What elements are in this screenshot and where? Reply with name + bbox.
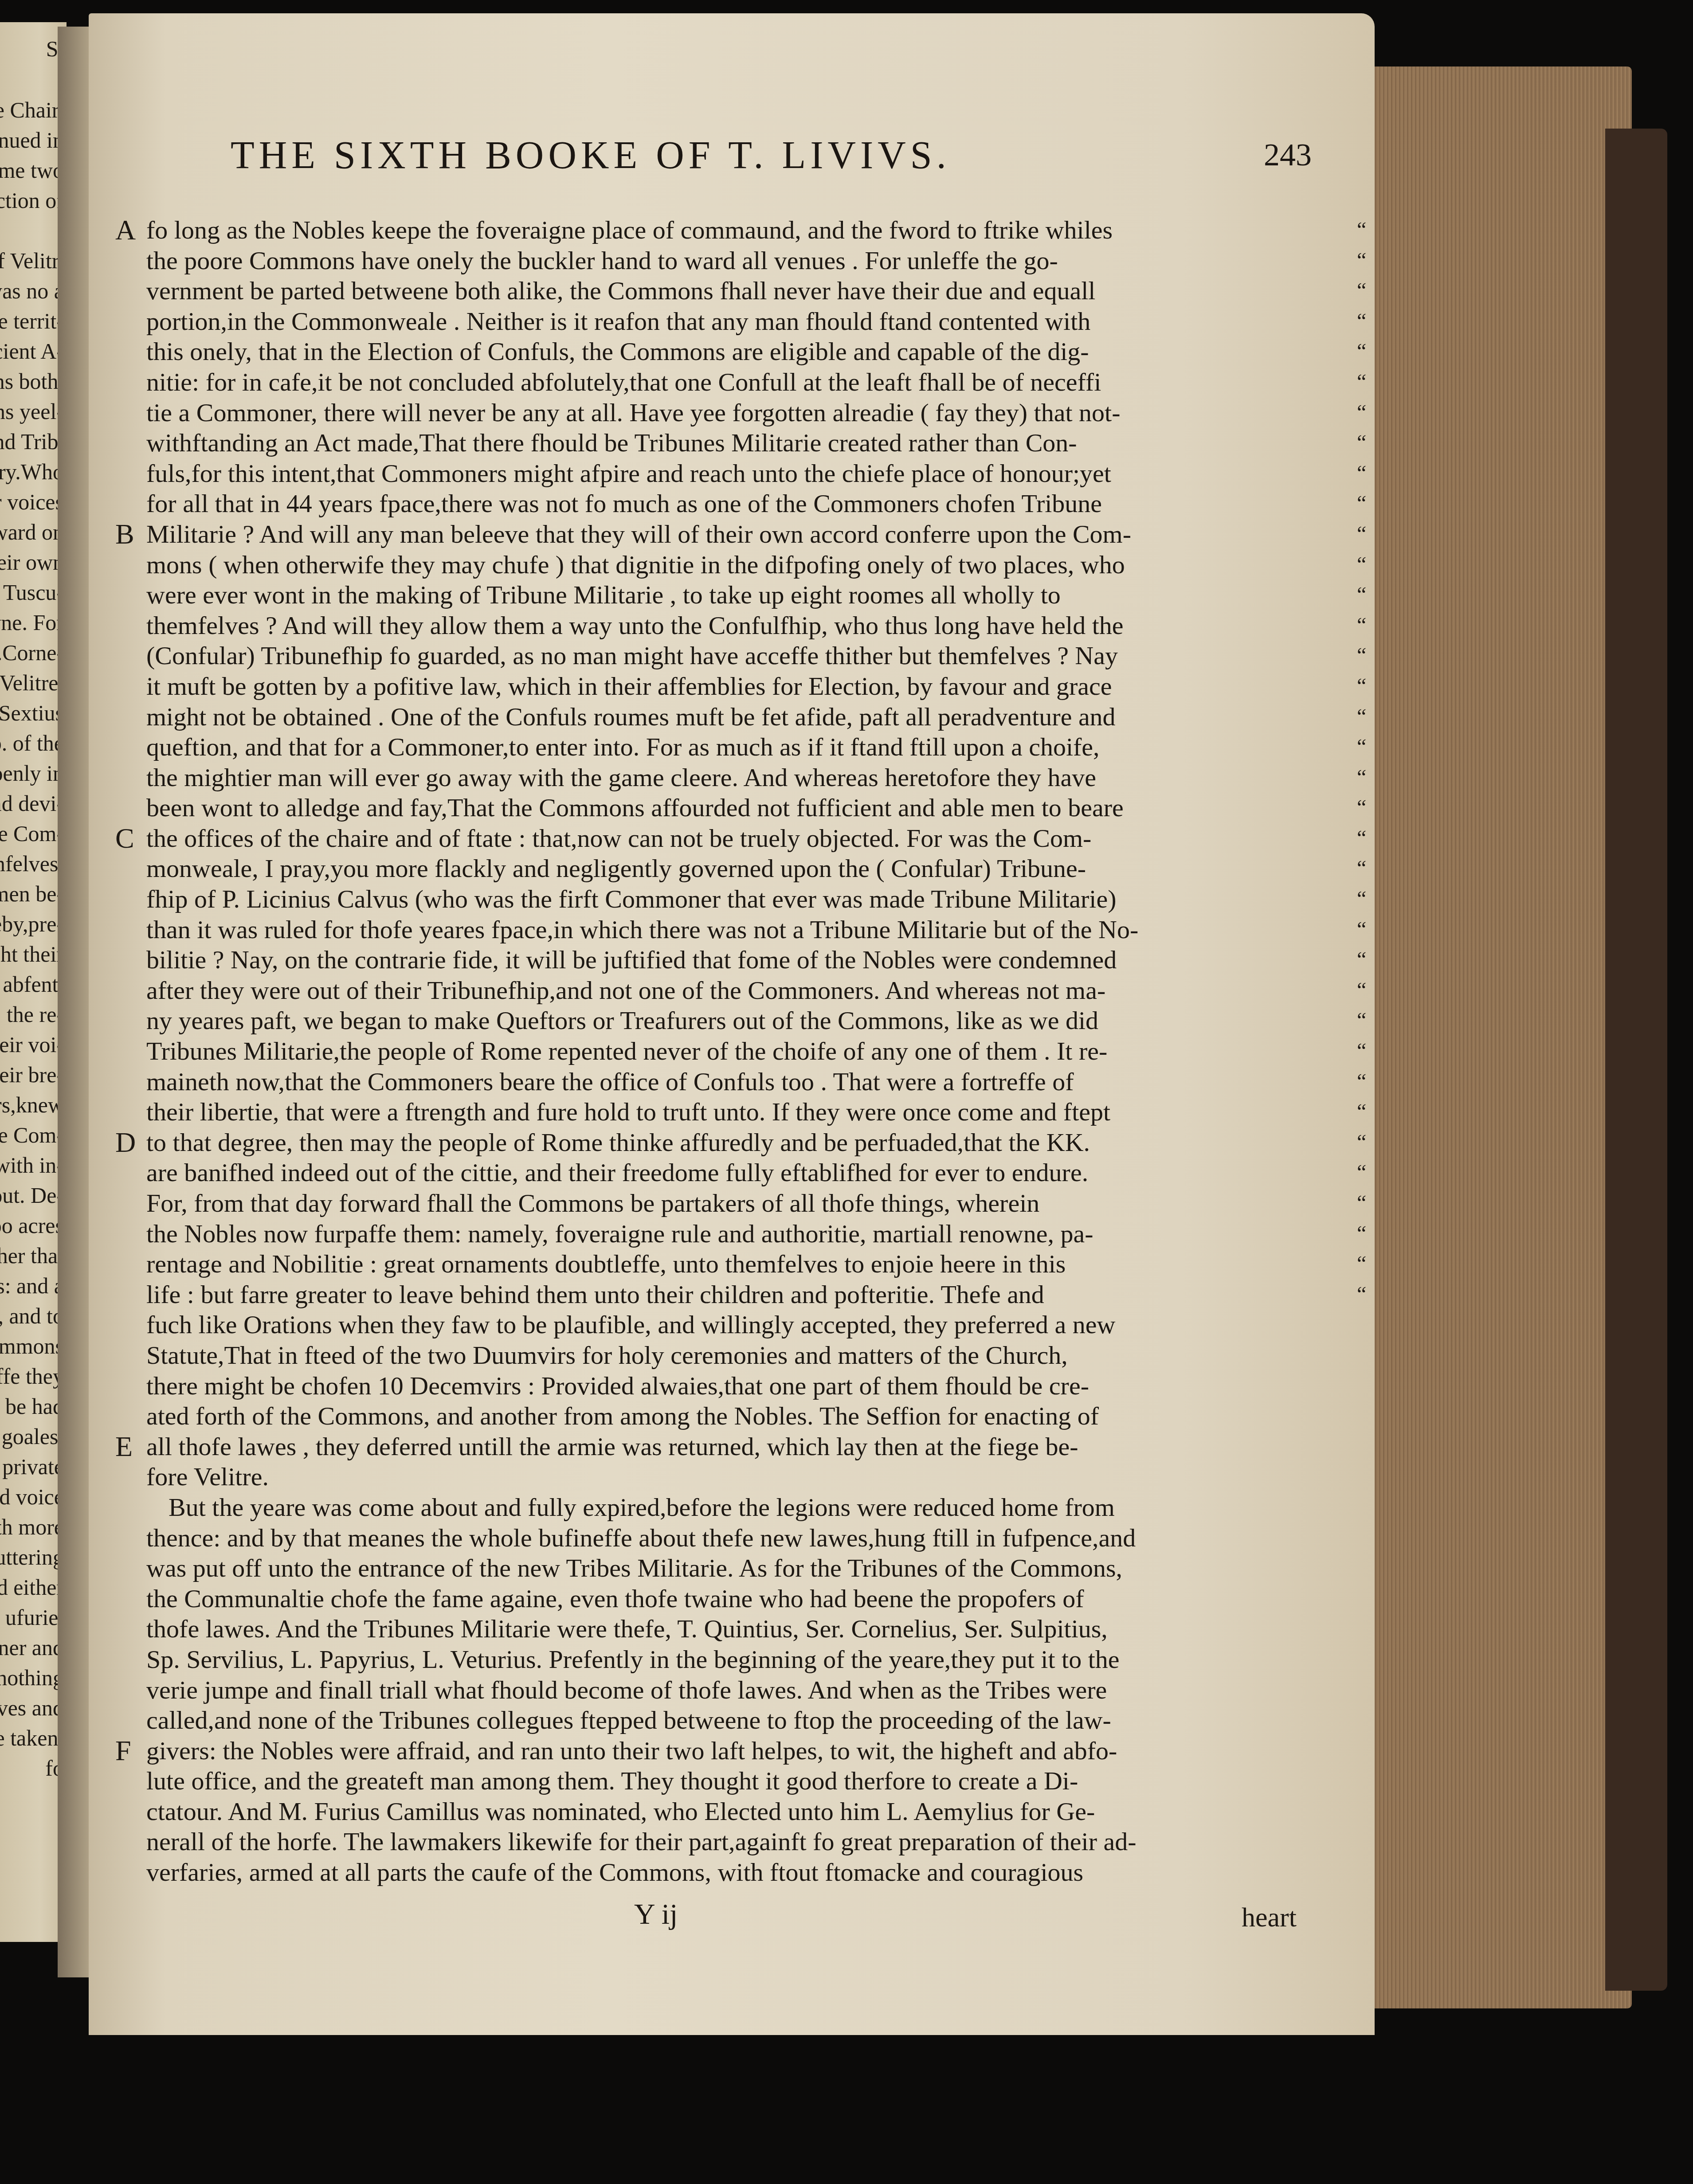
line-text: withftanding an Act made,That there fhou… [146, 428, 1077, 458]
quotation-mark: “ [1357, 580, 1366, 611]
line-text: themfelves ? And will they allow them a … [146, 611, 1124, 641]
text-line: after they were out of their Tribunefhip… [120, 975, 1352, 1006]
quotation-mark: “ [1357, 763, 1366, 793]
text-line: fuch like Orations when they faw to be p… [120, 1310, 1352, 1340]
left-page-fragment: S.of the Chair,e continued inthe fame tw… [0, 22, 67, 1942]
line-text: verie jumpe and finall triall what fhoul… [146, 1675, 1107, 1706]
line-text: to that degree, then may the people of R… [146, 1127, 1090, 1158]
text-line: nitie: for in cafe,it be not concluded a… [120, 367, 1352, 398]
line-text: (Confular) Tribunefhip fo guarded, as no… [146, 641, 1118, 671]
text-line: For, from that day forward fhall the Com… [120, 1188, 1352, 1219]
quotation-mark: “ [1357, 823, 1366, 854]
text-line: than it was ruled for thofe yeares fpace… [120, 915, 1352, 945]
line-text: were ever wont in the making of Tribune … [146, 580, 1061, 611]
line-text: rentage and Nobilitie : great ornaments … [146, 1249, 1066, 1280]
quotation-mark: “ [1357, 1249, 1366, 1280]
margin-letter: A [115, 215, 136, 246]
text-line: life : but farre greater to leave behind… [120, 1280, 1352, 1310]
line-text: life : but farre greater to leave behind… [146, 1280, 1044, 1310]
line-text: was put off unto the entrance of the new… [146, 1553, 1122, 1584]
text-line: ated forth of the Commons, and another f… [120, 1401, 1352, 1432]
margin-letter: E [115, 1432, 133, 1462]
text-line: ny yeares paft, we began to make Queftor… [120, 1006, 1352, 1036]
margin-letter: B [115, 519, 134, 550]
line-text: ctatour. And M. Furius Camillus was nomi… [146, 1797, 1095, 1827]
text-line: were ever wont in the making of Tribune … [120, 580, 1352, 611]
quotation-mark: “ [1357, 853, 1366, 884]
line-text: nerall of the horfe. The lawmakers likew… [146, 1827, 1137, 1857]
line-text: givers: the Nobles were affraid, and ran… [146, 1736, 1117, 1766]
quotation-mark: “ [1357, 428, 1366, 458]
text-line: Sp. Servilius, L. Papyrius, L. Veturius.… [120, 1644, 1352, 1675]
text-line: the Communaltie chofe the fame againe, e… [120, 1584, 1352, 1614]
text-line: for all that in 44 years fpace,there was… [120, 489, 1352, 519]
line-text: nitie: for in cafe,it be not concluded a… [146, 367, 1101, 398]
line-text: thofe lawes. And the Tribunes Militarie … [146, 1614, 1108, 1644]
text-line: Cthe offices of the chaire and of ftate … [120, 823, 1352, 854]
margin-letter: D [115, 1127, 136, 1158]
line-text: fuch like Orations when they faw to be p… [146, 1310, 1115, 1340]
text-line: verie jumpe and finall triall what fhoul… [120, 1675, 1352, 1706]
line-text: all thofe lawes , they deferred untill t… [146, 1432, 1078, 1462]
running-head: THE SIXTH BOOKE OF T. LIVIVS. [231, 133, 951, 178]
line-text: tie a Commoner, there will never be any … [146, 398, 1121, 428]
quotation-mark: “ [1357, 1067, 1366, 1097]
text-line: Fgivers: the Nobles were affraid, and ra… [120, 1736, 1352, 1766]
line-text: are banifhed indeed out of the cittie, a… [146, 1158, 1088, 1188]
line-text: verfaries, armed at all parts the caufe … [146, 1857, 1083, 1888]
text-line: the poore Commons have onely the buckler… [120, 246, 1352, 276]
quotation-mark: “ [1357, 611, 1366, 641]
text-line: was put off unto the entrance of the new… [120, 1553, 1352, 1584]
text-line: BMilitarie ? And will any man beleeve th… [120, 519, 1352, 550]
quotation-mark: “ [1357, 671, 1366, 702]
text-line: mons ( when otherwife they may chufe ) t… [120, 550, 1352, 580]
quotation-mark: “ [1357, 1280, 1366, 1310]
quotation-mark: “ [1357, 1097, 1366, 1127]
text-line: lute office, and the greateft man among … [120, 1766, 1352, 1797]
text-line: tie a Commoner, there will never be any … [120, 398, 1352, 428]
quotation-mark: “ [1357, 793, 1366, 823]
left-page-line: ne Election of [0, 183, 64, 219]
line-text: been wont to alledge and fay,That the Co… [146, 793, 1124, 823]
page-number: 243 [1264, 137, 1312, 173]
text-line: fuls,for this intent,that Commoners migh… [120, 458, 1352, 489]
quotation-mark: “ [1357, 884, 1366, 915]
quotation-mark: “ [1357, 337, 1366, 367]
line-text: Militarie ? And will any man beleeve tha… [146, 519, 1131, 550]
line-text: Tribunes Militarie,the people of Rome re… [146, 1036, 1107, 1067]
quotation-mark: “ [1357, 945, 1366, 975]
text-line: the mightier man will ever go away with … [120, 763, 1352, 793]
quotation-mark: “ [1357, 732, 1366, 763]
text-line: Statute,That in fteed of the two Duumvir… [120, 1340, 1352, 1371]
line-text: the poore Commons have onely the buckler… [146, 246, 1058, 276]
quotation-mark: “ [1357, 1158, 1366, 1188]
quotation-mark: “ [1357, 1219, 1366, 1249]
text-line: there might be chofen 10 Decemvirs : Pro… [120, 1371, 1352, 1401]
margin-letter: F [115, 1736, 131, 1766]
text-line: But the yeare was come about and fully e… [120, 1492, 1352, 1523]
signature-mark: Y ij [634, 1898, 678, 1931]
body-text: Afo long as the Nobles keepe the foverai… [120, 215, 1352, 1888]
text-line: Eall thofe lawes , they deferred untill … [120, 1432, 1352, 1462]
quotation-mark: “ [1357, 641, 1366, 671]
quotation-mark: “ [1357, 489, 1366, 519]
text-line: ctatour. And M. Furius Camillus was nomi… [120, 1797, 1352, 1827]
line-text: bilitie ? Nay, on the contrarie fide, it… [146, 945, 1117, 975]
text-line: Dto that degree, then may the people of … [120, 1127, 1352, 1158]
line-text: queftion, and that for a Commoner,to ent… [146, 732, 1100, 763]
line-text: the Communaltie chofe the fame againe, e… [146, 1584, 1084, 1614]
line-text: than it was ruled for thofe yeares fpace… [146, 915, 1138, 945]
text-line: called,and none of the Tribunes collegue… [120, 1705, 1352, 1736]
quotation-mark: “ [1357, 215, 1366, 246]
margin-letter: C [115, 823, 134, 854]
line-text: for all that in 44 years fpace,there was… [146, 489, 1102, 519]
text-line: verfaries, armed at all parts the caufe … [120, 1857, 1352, 1888]
line-text: this onely, that in the Election of Conf… [146, 337, 1089, 367]
text-line: vernment be parted betweene both alike, … [120, 276, 1352, 306]
line-text: Sp. Servilius, L. Papyrius, L. Veturius.… [146, 1644, 1120, 1675]
text-line: bilitie ? Nay, on the contrarie fide, it… [120, 945, 1352, 975]
catchword: heart [1242, 1902, 1297, 1934]
line-text: vernment be parted betweene both alike, … [146, 276, 1095, 306]
line-text: For, from that day forward fhall the Com… [146, 1188, 1039, 1219]
text-line: their libertie, that were a ftrength and… [120, 1097, 1352, 1127]
line-text: the Nobles now furpaffe them: namely, fo… [146, 1219, 1093, 1249]
line-text: after they were out of their Tribunefhip… [146, 975, 1105, 1006]
line-text: Statute,That in fteed of the two Duumvir… [146, 1340, 1068, 1371]
text-line: portion,in the Commonweale . Neither is … [120, 306, 1352, 337]
line-text: the mightier man will ever go away with … [146, 763, 1096, 793]
quotation-mark: “ [1357, 398, 1366, 428]
text-line: it muft be gotten by a pofitive law, whi… [120, 671, 1352, 702]
quotation-mark: “ [1357, 246, 1366, 276]
line-text: their libertie, that were a ftrength and… [146, 1097, 1110, 1127]
line-text: fuls,for this intent,that Commoners migh… [146, 458, 1111, 489]
line-text: fo long as the Nobles keepe the foveraig… [146, 215, 1113, 246]
line-text: ated forth of the Commons, and another f… [146, 1401, 1099, 1432]
text-line: thofe lawes. And the Tribunes Militarie … [120, 1614, 1352, 1644]
line-text: fhip of P. Licinius Calvus (who was the … [146, 884, 1117, 915]
line-text: ny yeares paft, we began to make Queftor… [146, 1006, 1098, 1036]
line-text: fore Velitre. [146, 1462, 269, 1492]
line-text: maineth now,that the Commoners beare the… [146, 1067, 1074, 1097]
quotation-mark: “ [1357, 367, 1366, 398]
line-text: there might be chofen 10 Decemvirs : Pro… [146, 1371, 1089, 1401]
text-line: this onely, that in the Election of Conf… [120, 337, 1352, 367]
quotation-mark: “ [1357, 915, 1366, 945]
text-line: been wont to alledge and fay,That the Co… [120, 793, 1352, 823]
book-cover [1605, 129, 1667, 1991]
line-text: the offices of the chaire and of ftate :… [146, 823, 1091, 854]
line-text: mons ( when otherwife they may chufe ) t… [146, 550, 1125, 580]
quotation-mark: “ [1357, 550, 1366, 580]
quotation-mark: “ [1357, 306, 1366, 337]
text-line: are banifhed indeed out of the cittie, a… [120, 1158, 1352, 1188]
line-text: portion,in the Commonweale . Neither is … [146, 306, 1090, 337]
line-text: monweale, I pray,you more flackly and ne… [146, 853, 1086, 884]
line-text: thence: and by that meanes the whole buf… [146, 1523, 1136, 1554]
text-line: fore Velitre. [120, 1462, 1352, 1492]
quotation-mark: “ [1357, 975, 1366, 1006]
text-line: thence: and by that meanes the whole buf… [120, 1523, 1352, 1554]
text-line: withftanding an Act made,That there fhou… [120, 428, 1352, 458]
line-text: But the yeare was come about and fully e… [169, 1492, 1115, 1523]
quotation-mark: “ [1357, 1036, 1366, 1067]
line-text: it muft be gotten by a pofitive law, whi… [146, 671, 1112, 702]
text-line: Afo long as the Nobles keepe the foverai… [120, 215, 1352, 246]
text-line: fhip of P. Licinius Calvus (who was the … [120, 884, 1352, 915]
text-line: maineth now,that the Commoners beare the… [120, 1067, 1352, 1097]
text-line: monweale, I pray,you more flackly and ne… [120, 853, 1352, 884]
quotation-mark: “ [1357, 1127, 1366, 1158]
line-text: might not be obtained . One of the Confu… [146, 702, 1116, 732]
text-line: the Nobles now furpaffe them: namely, fo… [120, 1219, 1352, 1249]
text-line: Tribunes Militarie,the people of Rome re… [120, 1036, 1352, 1067]
quotation-mark: “ [1357, 519, 1366, 550]
quotation-mark: “ [1357, 276, 1366, 306]
text-line: queftion, and that for a Commoner,to ent… [120, 732, 1352, 763]
text-line: rentage and Nobilitie : great ornaments … [120, 1249, 1352, 1280]
text-line: (Confular) Tribunefhip fo guarded, as no… [120, 641, 1352, 671]
quotation-mark: “ [1357, 458, 1366, 489]
quotation-mark: “ [1357, 1006, 1366, 1036]
book-page-edges [1357, 67, 1632, 2008]
text-line: themfelves ? And will they allow them a … [120, 611, 1352, 641]
text-line: might not be obtained . One of the Confu… [120, 702, 1352, 732]
text-line: nerall of the horfe. The lawmakers likew… [120, 1827, 1352, 1857]
quotation-mark: “ [1357, 1188, 1366, 1219]
line-text: called,and none of the Tribunes collegue… [146, 1705, 1111, 1736]
quotation-mark: “ [1357, 702, 1366, 732]
line-text: lute office, and the greateft man among … [146, 1766, 1078, 1797]
